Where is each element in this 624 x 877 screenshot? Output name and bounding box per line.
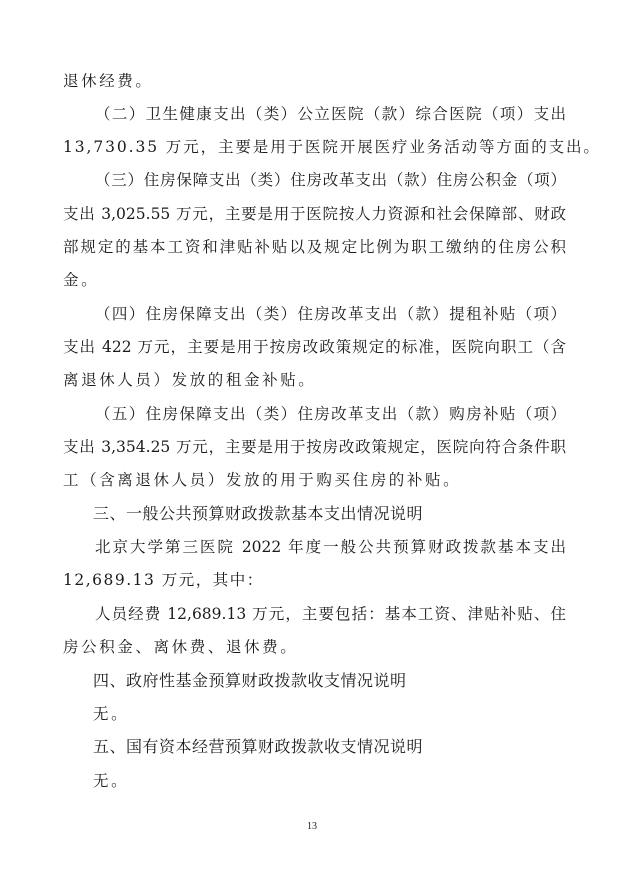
paragraph-line: 部规定的基本工资和津贴补贴以及规定比例为职工缴纳的住房公积 xyxy=(63,236,566,258)
paragraph-line: （二）卫生健康支出（类）公立医院（款）综合医院（项）支出 xyxy=(95,103,566,125)
paragraph-line: 退休经费。 xyxy=(63,70,566,92)
paragraph-line: 金。 xyxy=(63,269,566,291)
section-heading: 四、政府性基金预算财政拨款收支情况说明 xyxy=(93,670,596,692)
page-number: 13 xyxy=(0,821,624,832)
paragraph-line: 工（含离退休人员）发放的用于购买住房的补贴。 xyxy=(63,469,566,491)
paragraph-line: （五）住房保障支出（类）住房改革支出（款）购房补贴（项） xyxy=(95,403,566,425)
paragraph-line: 人员经费 12,689.13 万元，主要包括：基本工资、津贴补贴、住 xyxy=(95,603,566,625)
section-heading: 三、一般公共预算财政拨款基本支出情况说明 xyxy=(93,503,596,525)
paragraph-line: 12,689.13 万元，其中： xyxy=(63,569,566,591)
paragraph-line: （四）住房保障支出（类）住房改革支出（款）提租补贴（项） xyxy=(95,303,566,325)
paragraph-line: 支出 422 万元，主要是用于按房改政策规定的标准，医院向职工（含 xyxy=(63,336,566,358)
paragraph-line: 无。 xyxy=(93,770,596,792)
paragraph-line: 离退休人员）发放的租金补贴。 xyxy=(63,369,566,391)
paragraph-line: 13,730.35 万元，主要是用于医院开展医疗业务活动等方面的支出。 xyxy=(63,136,566,158)
paragraph-line: 无。 xyxy=(93,703,596,725)
section-heading: 五、国有资本经营预算财政拨款收支情况说明 xyxy=(93,736,596,758)
paragraph-line: 支出 3,025.55 万元，主要是用于医院按人力资源和社会保障部、财政 xyxy=(63,203,566,225)
paragraph-line: 北京大学第三医院 2022 年度一般公共预算财政拨款基本支出 xyxy=(95,536,566,558)
paragraph-line: （三）住房保障支出（类）住房改革支出（款）住房公积金（项） xyxy=(95,169,566,191)
paragraph-line: 支出 3,354.25 万元，主要是用于按房改政策规定，医院向符合条件职 xyxy=(63,436,566,458)
document-page: 退休经费。 （二）卫生健康支出（类）公立医院（款）综合医院（项）支出 13,73… xyxy=(0,0,624,877)
paragraph-line: 房公积金、离休费、退休费。 xyxy=(63,636,566,658)
